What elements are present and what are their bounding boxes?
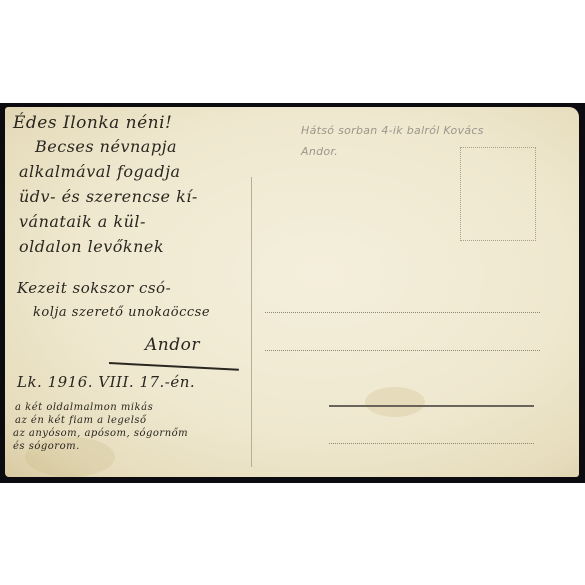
message-line: üdv- és szerencse kí- bbox=[19, 187, 198, 206]
stamp-box bbox=[460, 147, 536, 241]
address-line-underlined bbox=[329, 405, 534, 407]
message-line: kolja szerető unokaöccse bbox=[33, 305, 210, 320]
address-line bbox=[329, 443, 534, 444]
footnote-line: az én két fiam a legelső bbox=[15, 415, 147, 426]
date-line: Lk. 1916. VIII. 17.-én. bbox=[17, 373, 195, 391]
message-line: Becses névnapja bbox=[35, 137, 177, 156]
footnote-line: és sógorom. bbox=[13, 441, 80, 452]
message-line: alkalmával fogadja bbox=[19, 162, 181, 181]
address-line bbox=[265, 350, 540, 351]
footnote-line: a két oldalmalmon mikás bbox=[15, 402, 153, 413]
postcard-back: Édes Ilonka néni! Becses névnapja alkalm… bbox=[5, 107, 579, 477]
address-line bbox=[265, 312, 540, 313]
footnote-line: az anyósom, apósom, sógornőm bbox=[13, 428, 188, 439]
message-line: vánataik a kül- bbox=[19, 212, 146, 231]
signature-flourish bbox=[109, 362, 239, 371]
pencil-note-line: Andor. bbox=[301, 145, 338, 158]
stain bbox=[365, 387, 425, 417]
center-divider bbox=[251, 177, 252, 467]
greeting-line: Édes Ilonka néni! bbox=[13, 113, 172, 133]
signature: Andor bbox=[145, 335, 200, 355]
message-line: oldalon levőknek bbox=[19, 237, 164, 256]
message-line: Kezeit sokszor csó- bbox=[17, 279, 171, 297]
pencil-note-line: Hátsó sorban 4-ik balról Kovács bbox=[301, 124, 484, 137]
